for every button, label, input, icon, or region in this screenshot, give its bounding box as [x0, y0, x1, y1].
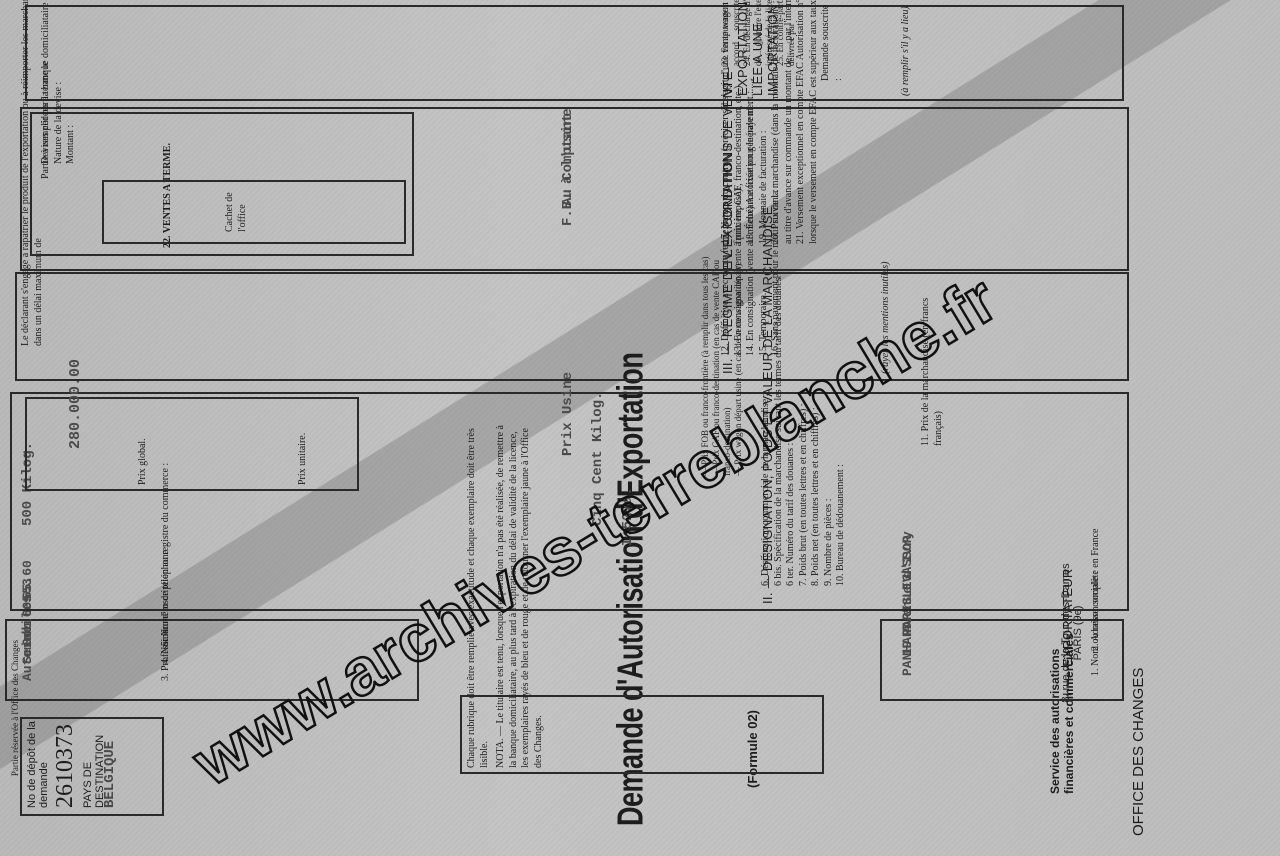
destination-value: BELGIQUE: [102, 741, 118, 808]
office-stamp-label: Cachet de l'office: [224, 182, 249, 232]
unit-price-label: Prix unitaire.: [297, 433, 310, 485]
section5-subtitle: Demande souscrite :: [820, 0, 845, 81]
deposit-number: 2610373: [52, 724, 79, 808]
section5-note: (à remplir s'il y a lieu): [900, 6, 913, 96]
section-import-linked: [25, 5, 1124, 101]
section-exportateur: [880, 619, 1124, 701]
deposit-box: No de dépôt de la demande 2610373 PAYS D…: [20, 717, 164, 816]
office-name: OFFICE DES CHANGES: [1130, 668, 1147, 836]
instructions-box: Chaque rubrique doit être remplie avec e…: [460, 695, 824, 774]
section-forward-sales: 22. VENTES A TERME. Cachet de l'office P…: [30, 112, 414, 256]
price-mention-value: Prix Usine: [560, 372, 576, 456]
section5-items: 23. En apurement d'un engagement d'expor…: [720, 0, 797, 66]
payment-value: Au Comptant: [560, 114, 576, 206]
deposit-label: No de dépôt de la demande: [26, 719, 50, 808]
office-stamp-box: Cachet de l'office: [102, 180, 406, 244]
price-table: Prix unitaire. Prix global. 280.000.00: [25, 397, 359, 491]
global-price-label: Prix global.: [137, 438, 150, 485]
